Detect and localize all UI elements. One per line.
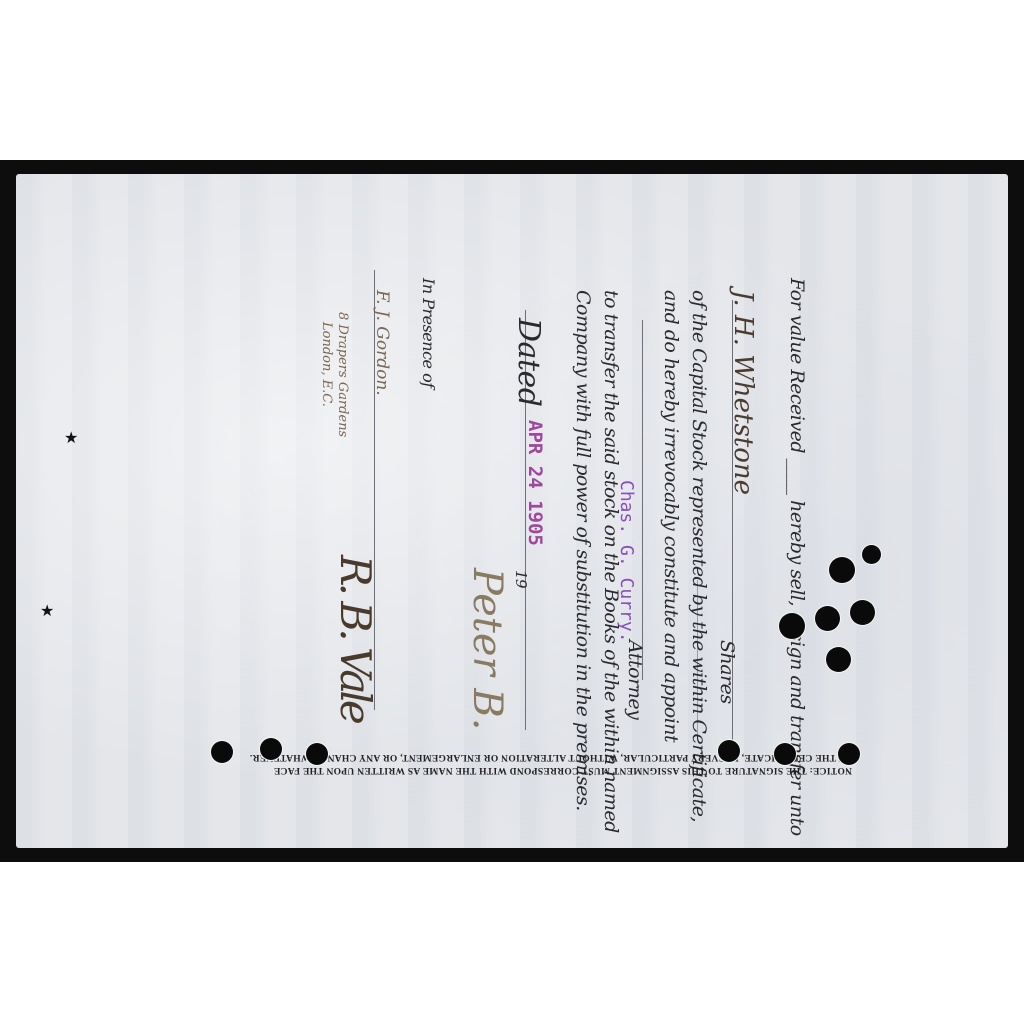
punch-hole bbox=[826, 647, 851, 672]
rule-line-attorney bbox=[642, 320, 643, 680]
witness-address-2: London, E.C. bbox=[319, 322, 334, 407]
punch-hole bbox=[862, 545, 881, 564]
attorney-label: Attorney bbox=[624, 640, 646, 719]
form-line-capital-stock: of the Capital Stock represented by the … bbox=[688, 290, 710, 822]
shares-label: Shares bbox=[716, 640, 738, 704]
assignee-name: J. H. Whetstone bbox=[728, 290, 758, 495]
punch-hole bbox=[774, 743, 796, 765]
punch-hole bbox=[718, 740, 740, 762]
punch-hole bbox=[306, 743, 328, 765]
witness-address-1: 8 Drapers Gardens bbox=[335, 312, 350, 437]
notice-line-1: NOTICE: THE SIGNATURE TO THIS ASSIGNMENT… bbox=[274, 765, 852, 775]
dated-label: Dated bbox=[511, 318, 546, 406]
punch-hole bbox=[838, 743, 860, 765]
signature-assignor: Peter B. bbox=[464, 568, 510, 730]
form-line-appoint: and do hereby irrevocably constitute and… bbox=[660, 290, 682, 742]
in-presence-label: In Presence of bbox=[419, 278, 438, 388]
notice-line-2: OF THE CERTIFICATE, IN EVERY PARTICULAR,… bbox=[250, 752, 852, 762]
star-icon: ★ bbox=[40, 603, 54, 619]
punch-hole bbox=[829, 557, 855, 583]
year-prefix: 19 bbox=[512, 570, 530, 588]
punch-hole bbox=[260, 738, 282, 760]
date-stamp: APR 24 1905 bbox=[524, 420, 546, 546]
certificate-paper bbox=[16, 174, 1008, 848]
signature-witness: R. B. Vale bbox=[331, 555, 380, 721]
witness-name: F. J. Gordon. bbox=[372, 290, 392, 396]
punch-hole bbox=[850, 600, 875, 625]
punch-hole bbox=[211, 741, 233, 763]
star-icon: ★ bbox=[64, 430, 78, 446]
form-line-company: Company with full power of substitution … bbox=[572, 290, 594, 811]
punch-hole bbox=[779, 613, 805, 639]
punch-hole bbox=[815, 606, 840, 631]
